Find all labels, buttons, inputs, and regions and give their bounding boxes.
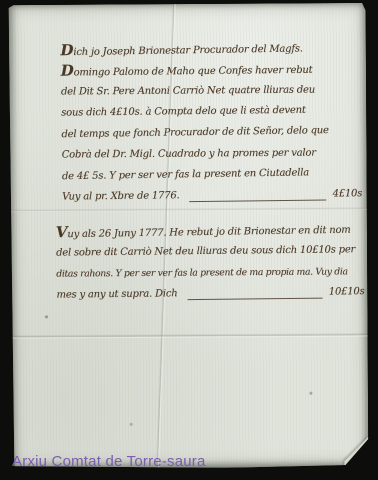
manuscript-line: ditas rahons. Y per ser ver fas la prese… — [56, 261, 364, 284]
scanned-document: Dich jo Joseph Brionestar Procurador del… — [0, 0, 378, 480]
amount-value: 4£10s — [332, 183, 362, 204]
closing-date-text: mes y any ut supra. Dich — [56, 283, 177, 305]
paper-sheet: Dich jo Joseph Brionestar Procurador del… — [9, 3, 369, 469]
manuscript-line: del sobre dit Carriò Net deu lliuras deu… — [56, 239, 364, 263]
manuscript-paragraph-2: Vuy als 26 Juny 1777. He rebut jo dit Br… — [56, 218, 365, 305]
amount-value: 10£10s — [329, 281, 365, 302]
manuscript-closing-line: mes y any ut supra. Dich 10£10s — [56, 281, 364, 305]
manuscript-closing-line: Vuy al pr. Xbre de 1776. 4£10s — [62, 183, 362, 207]
manuscript-paragraph-1: Dich jo Joseph Brionestar Procurador del… — [60, 36, 362, 207]
manuscript-line: del temps que fonch Procurador de dit Se… — [61, 120, 361, 146]
closing-date-text: Vuy al pr. Xbre de 1776. — [62, 185, 180, 207]
manuscript-line: Domingo Palomo de Maho que Confes haver … — [61, 57, 361, 81]
dash-rule — [189, 188, 326, 203]
horizontal-fold-crease-upper — [10, 207, 367, 212]
dash-rule — [187, 286, 322, 301]
folded-corner — [344, 437, 368, 467]
archive-watermark: Arxiu Comtat de Torre-saura — [12, 453, 206, 470]
horizontal-fold-crease-lower — [11, 333, 368, 339]
manuscript-line: del Dit Sr. Pere Antoni Carriò Net quatr… — [61, 79, 361, 102]
